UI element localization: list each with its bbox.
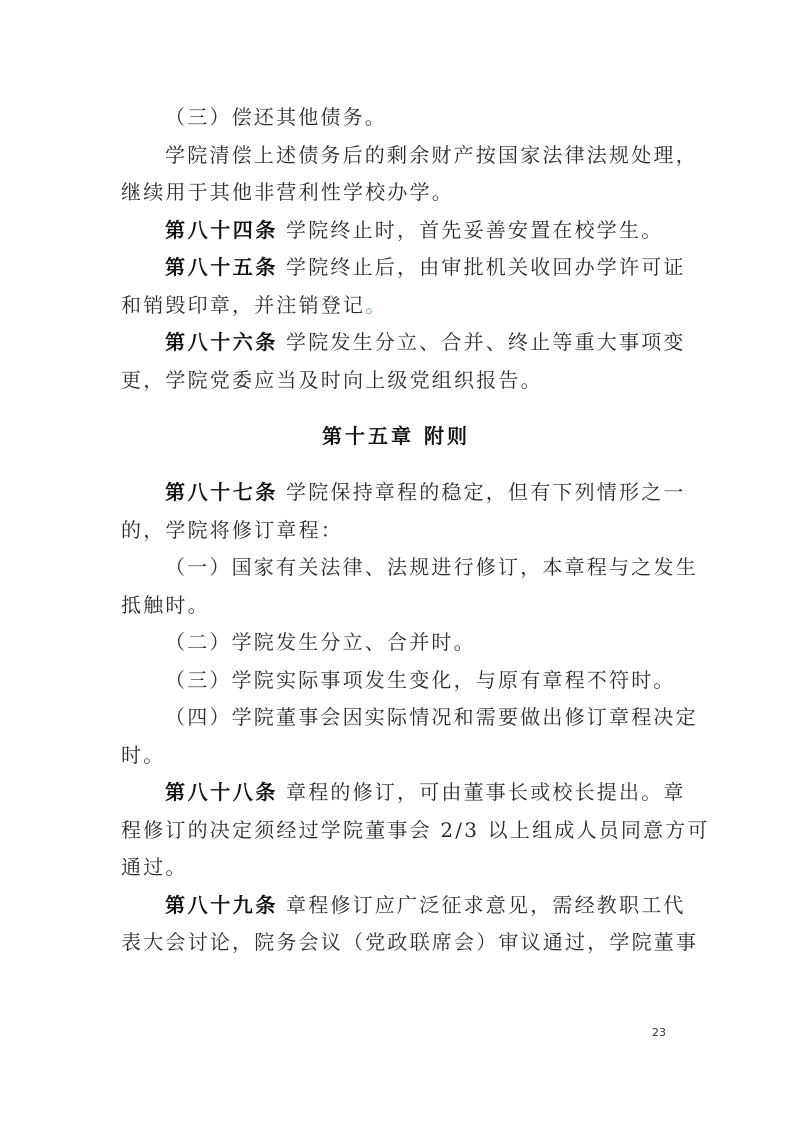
chapter-number: 第十五章 xyxy=(322,424,414,448)
article-text: 章程修订应广泛征求意见，需经教职工代 xyxy=(286,893,686,917)
article-label: 第八十四条 xyxy=(165,218,278,242)
text-line: 第八十六条学院发生分立、合并、终止等重大事项变 xyxy=(121,324,671,362)
text-line: 和销毁印章，并注销登记。 xyxy=(121,287,671,325)
paragraph-residual-property: 学院清偿上述债务后的剩余财产按国家法律法规处理， 继续用于其他非营利性学校办学。 xyxy=(121,137,671,212)
article-89: 第八十九条章程修订应广泛征求意见，需经教职工代 表大会讨论，院务会议（党政联席会… xyxy=(121,887,671,962)
article-84: 第八十四条学院终止时，首先妥善安置在校学生。 xyxy=(121,212,671,250)
article-label: 第八十五条 xyxy=(165,255,278,279)
text-line: 第八十八条章程的修订，可由董事长或校长提出。章 xyxy=(121,774,671,812)
list-item-4: （四）学院董事会因实际情况和需要做出修订章程决定 时。 xyxy=(121,699,671,774)
text-line: 更，学院党委应当及时向上级党组织报告。 xyxy=(121,362,671,400)
article-label: 第八十六条 xyxy=(165,330,278,354)
list-item-1: （一）国家有关法律、法规进行修订，本章程与之发生 抵触时。 xyxy=(121,549,671,624)
text-line: 抵触时。 xyxy=(121,587,671,625)
text-line: 第八十九条章程修订应广泛征求意见，需经教职工代 xyxy=(121,887,671,925)
chapter-title: 附则 xyxy=(424,424,470,448)
text-line: （一）国家有关法律、法规进行修订，本章程与之发生 xyxy=(121,549,671,587)
article-86: 第八十六条学院发生分立、合并、终止等重大事项变 更，学院党委应当及时向上级党组织… xyxy=(121,324,671,399)
article-text: 章程的修订，可由董事长或校长提出。章 xyxy=(286,780,686,804)
chapter-heading: 第十五章附则 xyxy=(121,399,671,474)
article-87: 第八十七条学院保持章程的稳定，但有下列情形之一 的，学院将修订章程： xyxy=(121,474,671,549)
list-item-3: （三）学院实际事项发生变化，与原有章程不符时。 xyxy=(121,662,671,700)
text-line: （四）学院董事会因实际情况和需要做出修订章程决定 xyxy=(121,699,671,737)
article-85: 第八十五条学院终止后，由审批机关收回办学许可证 和销毁印章，并注销登记。 xyxy=(121,249,671,324)
article-label: 第八十七条 xyxy=(165,480,278,504)
article-text: 学院终止后，由审批机关收回办学许可证 xyxy=(286,255,686,279)
text-line: 时。 xyxy=(121,737,671,775)
text-line: 的，学院将修订章程： xyxy=(121,512,671,550)
paragraph-item-3: （三）偿还其他债务。 xyxy=(121,99,671,137)
text-line: 第八十四条学院终止时，首先妥善安置在校学生。 xyxy=(121,212,671,250)
text-line: 第八十七条学院保持章程的稳定，但有下列情形之一 xyxy=(121,474,671,512)
text-line: 第八十五条学院终止后，由审批机关收回办学许可证 xyxy=(121,249,671,287)
green-period-mark: 。 xyxy=(365,293,387,317)
article-88: 第八十八条章程的修订，可由董事长或校长提出。章 程修订的决定须经过学院董事会 2… xyxy=(121,774,671,887)
text-line: 继续用于其他非营利性学校办学。 xyxy=(121,174,671,212)
text-line: （三）偿还其他债务。 xyxy=(165,105,387,129)
text-line: 通过。 xyxy=(121,849,671,887)
article-label: 第八十八条 xyxy=(165,780,278,804)
text-line: 学院清偿上述债务后的剩余财产按国家法律法规处理， xyxy=(121,137,671,175)
text-line: 表大会讨论，院务会议（党政联席会）审议通过，学院董事 xyxy=(121,924,671,962)
document-page: （三）偿还其他债务。 学院清偿上述债务后的剩余财产按国家法律法规处理， 继续用于… xyxy=(121,99,671,962)
article-text: 学院终止时，首先妥善安置在校学生。 xyxy=(286,218,663,242)
page-number: 23 xyxy=(652,1026,666,1039)
text-line: 程修订的决定须经过学院董事会 2/3 以上组成人员同意方可 xyxy=(121,812,671,850)
article-text: 学院发生分立、合并、终止等重大事项变 xyxy=(286,330,686,354)
article-text: 和销毁印章，并注销登记 xyxy=(121,293,365,317)
article-text: 学院保持章程的稳定，但有下列情形之一 xyxy=(286,480,686,504)
article-label: 第八十九条 xyxy=(165,893,278,917)
list-item-2: （二）学院发生分立、合并时。 xyxy=(121,624,671,662)
